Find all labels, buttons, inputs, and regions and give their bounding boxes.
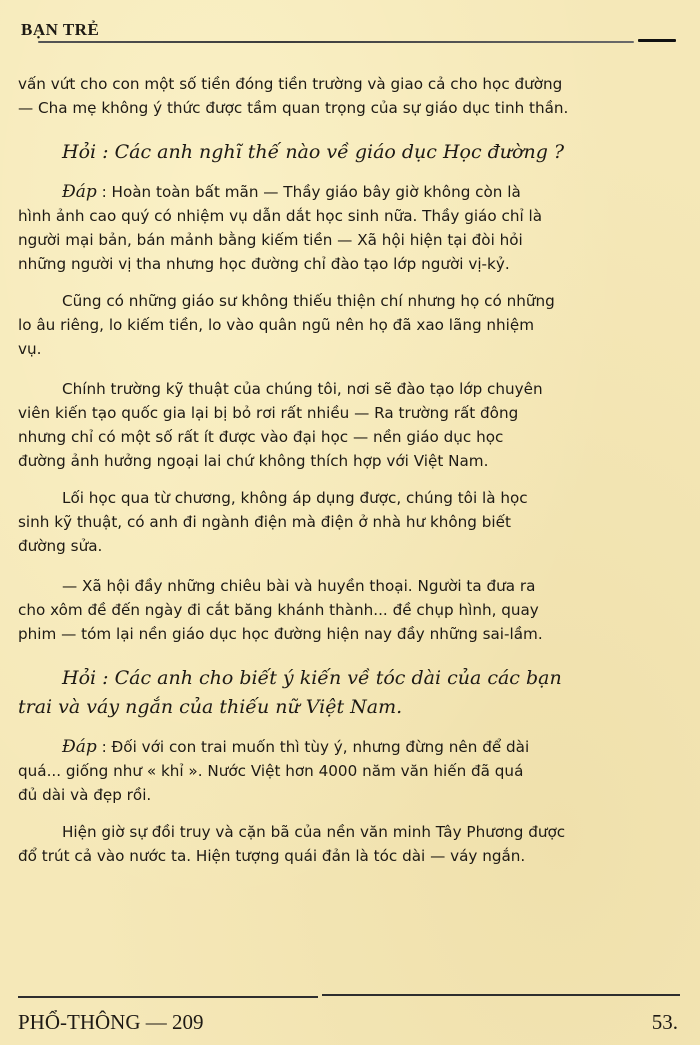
text-line: quá... giống như « khỉ ». Nước Việt hơn …: [18, 759, 682, 783]
question-label: Hỏi :: [62, 667, 109, 689]
question-label: Hỏi :: [62, 141, 109, 163]
text-line: cho xôm đề đến ngày đi cắt băng khánh th…: [18, 598, 682, 622]
question-text: Các anh nghĩ thế nào về giáo dục Học đườ…: [115, 141, 565, 163]
text-line: những người vị tha nhưng học đường chỉ đ…: [18, 252, 682, 276]
text-line: — Xã hội đầy những chiêu bài và huyền th…: [18, 574, 682, 598]
text-line: Chính trường kỹ thuật của chúng tôi, nơi…: [18, 377, 682, 401]
answer-1-paragraph-1: Đáp : Hoàn toàn bất mãn — Thầy giáo bây …: [18, 180, 682, 276]
text-line: đủ dài và đẹp rồi.: [18, 783, 682, 807]
text-line: hình ảnh cao quý có nhiệm vụ dẫn dắt học…: [18, 204, 682, 228]
answer-1-paragraph-5: — Xã hội đầy những chiêu bài và huyền th…: [18, 574, 682, 646]
text-line: : Hoàn toàn bất mãn — Thầy giáo bây giờ …: [97, 183, 521, 201]
question-2: Hỏi : Các anh cho biết ý kiến về tóc dài…: [18, 664, 682, 722]
text-line: sinh kỹ thuật, có anh đi ngành điện mà đ…: [18, 510, 682, 534]
text-line: lo âu riêng, lo kiếm tiền, lo vào quân n…: [18, 313, 682, 337]
question-text: trai và váy ngắn của thiếu nữ Việt Nam.: [18, 693, 682, 722]
article-body: vấn vứt cho con một số tiền đóng tiền tr…: [18, 72, 682, 868]
text-line: người mại bản, bán mảnh bằng kiếm tiền —…: [18, 228, 682, 252]
running-head: BẠN TRẺ: [21, 20, 99, 40]
text-line: phim — tóm lại nền giáo dục học đường hi…: [18, 622, 682, 646]
header-dash: [638, 39, 676, 42]
text-line: Lối học qua từ chương, không áp dụng đượ…: [18, 486, 682, 510]
publication-title: PHỔ-THÔNG — 209: [18, 1010, 204, 1035]
text-line: — Cha mẹ không ý thức được tầm quan trọn…: [18, 96, 682, 120]
text-line: nhưng chỉ có một số rất ít được vào đại …: [18, 425, 682, 449]
question-1: Hỏi : Các anh nghĩ thế nào về giáo dục H…: [18, 138, 682, 167]
text-line: viên kiến tạo quốc gia lại bị bỏ rơi rất…: [18, 401, 682, 425]
footer-rule-left: [18, 996, 318, 998]
text-line: đường sửa.: [18, 534, 682, 558]
text-line: : Đối với con trai muốn thì tùy ý, nhưng…: [97, 738, 529, 756]
answer-2-paragraph-2: Hiện giờ sự đồi truy và cặn bã của nền v…: [18, 820, 682, 868]
answer-1-paragraph-3: Chính trường kỹ thuật của chúng tôi, nơi…: [18, 377, 682, 473]
answer-label: Đáp: [62, 182, 97, 202]
text-line: đường ảnh hưởng ngoại lai chứ không thíc…: [18, 449, 682, 473]
intro-paragraph: vấn vứt cho con một số tiền đóng tiền tr…: [18, 72, 682, 120]
text-line: vụ.: [18, 337, 682, 361]
text-line: đổ trút cả vào nước ta. Hiện tượng quái …: [18, 844, 682, 868]
text-line: vấn vứt cho con một số tiền đóng tiền tr…: [18, 72, 682, 96]
question-text: Các anh cho biết ý kiến về tóc dài của c…: [115, 667, 562, 689]
answer-2-paragraph-1: Đáp : Đối với con trai muốn thì tùy ý, n…: [18, 735, 682, 807]
page-number: 53.: [652, 1010, 678, 1035]
answer-label: Đáp: [62, 737, 97, 757]
text-line: Hiện giờ sự đồi truy và cặn bã của nền v…: [18, 820, 682, 844]
footer-rule-right: [322, 994, 680, 996]
magazine-page: BẠN TRẺ vấn vứt cho con một số tiền đóng…: [0, 0, 700, 1045]
answer-1-paragraph-4: Lối học qua từ chương, không áp dụng đượ…: [18, 486, 682, 558]
answer-1-paragraph-2: Cũng có những giáo sư không thiếu thiện …: [18, 289, 682, 361]
text-line: Cũng có những giáo sư không thiếu thiện …: [18, 289, 682, 313]
header-rule: [38, 41, 634, 43]
